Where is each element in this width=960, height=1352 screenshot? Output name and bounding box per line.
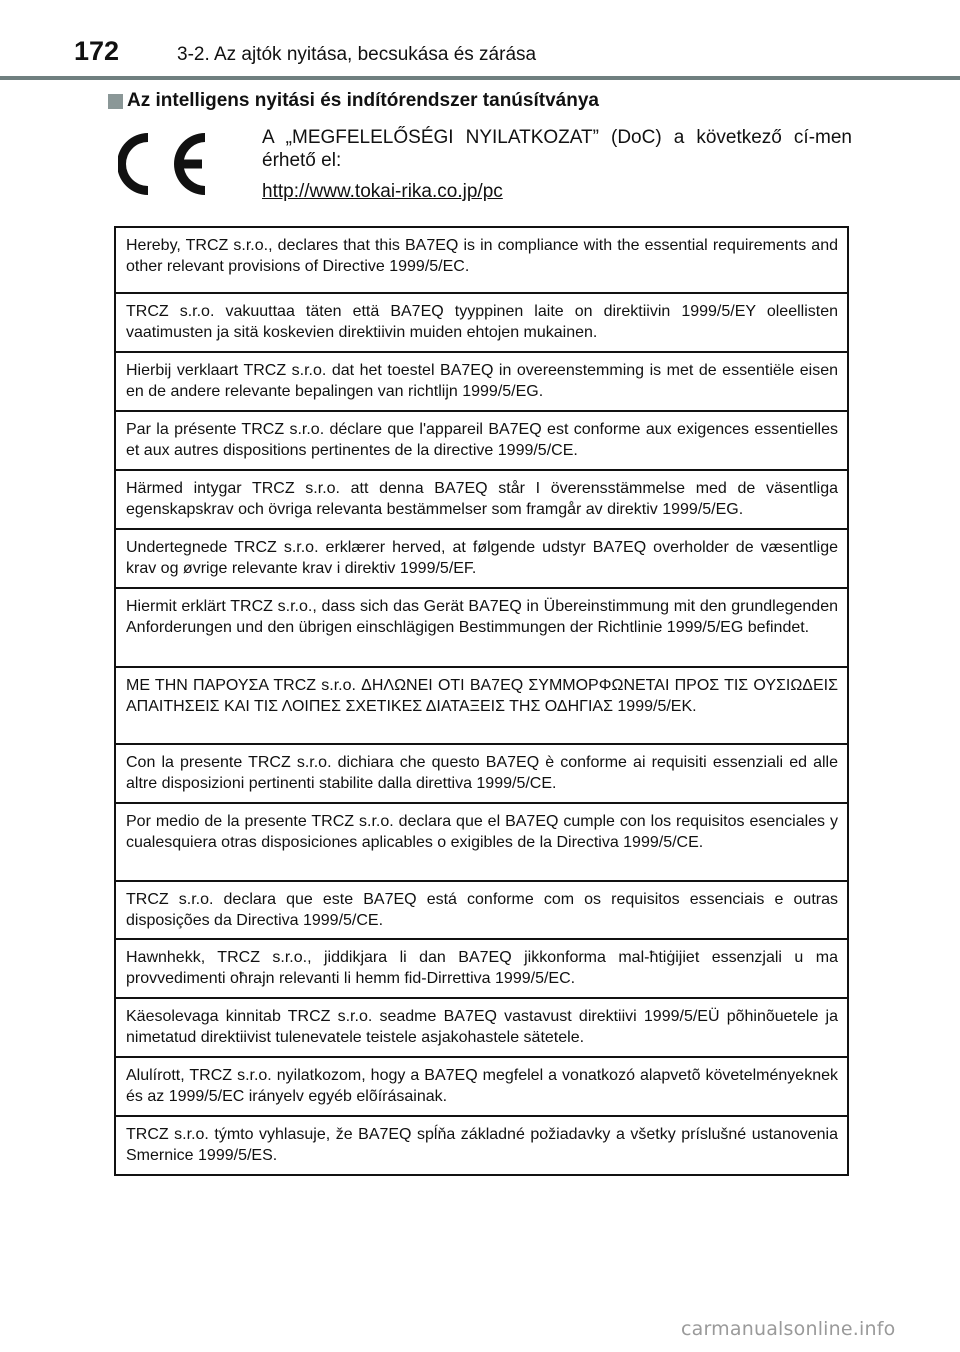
declaration-text: Hereby, TRCZ s.r.o., declares that this … (126, 235, 838, 277)
declaration-row: TRCZ s.r.o. declara que este BA7EQ está … (116, 880, 847, 938)
declaration-row: ΜΕ ΤΗΝ ΠΑΡΟΥΣΑ TRCZ s.r.o. ΔΗΛΩΝΕΙ ΟΤΙ B… (116, 666, 847, 743)
declaration-row: Hawnhekk, TRCZ s.r.o., jiddikjara li dan… (116, 938, 847, 997)
declaration-row: Undertegnede TRCZ s.r.o. erklærer herved… (116, 528, 847, 587)
declaration-row: Hereby, TRCZ s.r.o., declares that this … (116, 228, 847, 292)
declarations-table: Hereby, TRCZ s.r.o., declares that this … (114, 226, 849, 1176)
section-title: Az intelligens nyitási és indítórendszer… (127, 90, 599, 112)
chapter-title: 3-2. Az ajtók nyitása, becsukása és zárá… (177, 44, 536, 66)
declaration-row: TRCZ s.r.o. vakuuttaa täten että BA7EQ t… (116, 292, 847, 351)
conformity-url-link[interactable]: http://www.tokai-rika.co.jp/pc (262, 181, 503, 203)
declaration-text: Hierbij verklaart TRCZ s.r.o. dat het to… (126, 360, 838, 402)
declaration-row: Par la présente TRCZ s.r.o. déclare que … (116, 410, 847, 469)
declaration-text: Hiermit erklärt TRCZ s.r.o., dass sich d… (126, 596, 838, 638)
ce-mark-icon (118, 130, 213, 198)
conformity-text: A „MEGFELELŐSÉGI NYILATKOZAT” (DoC) a kö… (262, 126, 852, 172)
declaration-text: TRCZ s.r.o. declara que este BA7EQ está … (126, 889, 838, 931)
declaration-text: ΜΕ ΤΗΝ ΠΑΡΟΥΣΑ TRCZ s.r.o. ΔΗΛΩΝΕΙ ΟΤΙ B… (126, 675, 838, 717)
declaration-text: Alulírott, TRCZ s.r.o. nyilatkozom, hogy… (126, 1065, 838, 1107)
header-rule (0, 76, 960, 80)
square-bullet-icon (108, 94, 123, 109)
declaration-text: TRCZ s.r.o. vakuuttaa täten että BA7EQ t… (126, 301, 838, 343)
declaration-text: Undertegnede TRCZ s.r.o. erklærer herved… (126, 537, 838, 579)
declaration-row: TRCZ s.r.o. týmto vyhlasuje, že BA7EQ sp… (116, 1115, 847, 1174)
declaration-text: TRCZ s.r.o. týmto vyhlasuje, že BA7EQ sp… (126, 1124, 838, 1166)
declaration-text: Hawnhekk, TRCZ s.r.o., jiddikjara li dan… (126, 947, 838, 989)
page-number: 172 (74, 36, 119, 67)
declaration-text: Härmed intygar TRCZ s.r.o. att denna BA7… (126, 478, 838, 520)
declaration-text: Por medio de la presente TRCZ s.r.o. dec… (126, 811, 838, 853)
declaration-row: Alulírott, TRCZ s.r.o. nyilatkozom, hogy… (116, 1056, 847, 1115)
section-heading: Az intelligens nyitási és indítórendszer… (108, 90, 599, 112)
declaration-row: Härmed intygar TRCZ s.r.o. att denna BA7… (116, 469, 847, 528)
declaration-row: Con la presente TRCZ s.r.o. dichiara che… (116, 743, 847, 802)
declaration-row: Por medio de la presente TRCZ s.r.o. dec… (116, 802, 847, 880)
declaration-text: Käesolevaga kinnitab TRCZ s.r.o. seadme … (126, 1006, 838, 1048)
declaration-row: Hierbij verklaart TRCZ s.r.o. dat het to… (116, 351, 847, 410)
declaration-row: Käesolevaga kinnitab TRCZ s.r.o. seadme … (116, 997, 847, 1056)
watermark: carmanualsonline.info (681, 1318, 895, 1340)
declaration-text: Par la présente TRCZ s.r.o. déclare que … (126, 419, 838, 461)
declaration-row: Hiermit erklärt TRCZ s.r.o., dass sich d… (116, 587, 847, 666)
declaration-text: Con la presente TRCZ s.r.o. dichiara che… (126, 752, 838, 794)
